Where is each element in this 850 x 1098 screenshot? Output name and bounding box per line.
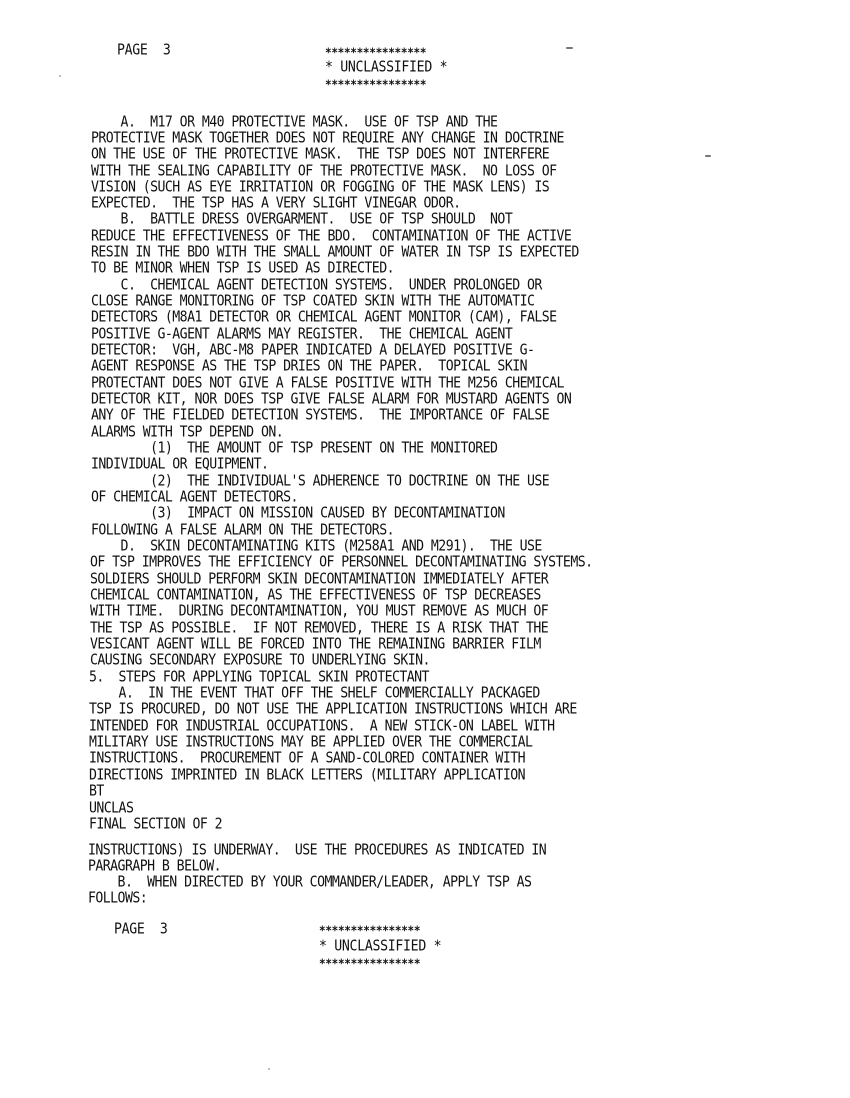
body-line: BT [89, 783, 104, 801]
body-line: DIRECTIONS IMPRINTED IN BLACK LETTERS (M… [89, 767, 525, 785]
scan-speck [59, 75, 61, 77]
header-page-number: PAGE 3 [117, 42, 170, 60]
footer-stars-bottom: **************** [319, 955, 420, 973]
body-line: INDIVIDUAL OR EQUIPMENT. [91, 456, 268, 474]
scan-speck [268, 1068, 270, 1070]
footer-classification: * UNCLASSIFIED * [319, 938, 441, 956]
footer-page-number: PAGE 3 [114, 921, 167, 939]
body-line: FINAL SECTION OF 2 [89, 816, 222, 834]
body-line: TSP IS PROCURED, DO NOT USE THE APPLICAT… [89, 701, 577, 719]
body-line: WITH TIME. DURING DECONTAMINATION, YOU M… [90, 603, 548, 621]
body-line: CAUSING SECONDARY EXPOSURE TO UNDERLYING… [90, 652, 430, 670]
body-line: AGENT RESPONSE AS THE TSP DRIES ON THE P… [91, 358, 527, 376]
body-line: INSTRUCTIONS. PROCUREMENT OF A SAND-COLO… [89, 750, 525, 768]
body-line: TO BE MINOR WHEN TSP IS USED AS DIRECTED… [91, 260, 394, 278]
header-classification: * UNCLASSIFIED * [325, 59, 447, 77]
body-line: ON THE USE OF THE PROTECTIVE MASK. THE T… [91, 146, 549, 164]
header-stars-bottom: **************** [325, 76, 426, 94]
body-line: FOLLOWS: [88, 890, 147, 908]
body-line: OF TSP IMPROVES THE EFFICIENCY OF PERSON… [90, 554, 593, 572]
scan-speck [705, 155, 711, 157]
scan-speck [566, 47, 573, 49]
body-line: B. WHEN DIRECTED BY YOUR COMMANDER/LEADE… [88, 874, 531, 892]
document-page: PAGE 3 **************** * UNCLASSIFIED *… [0, 0, 850, 1098]
body-line: DETECTORS (M8A1 DETECTOR OR CHEMICAL AGE… [91, 309, 557, 327]
body-line: B. BATTLE DRESS OVERGARMENT. USE OF TSP … [91, 211, 512, 229]
body-line: (3) IMPACT ON MISSION CAUSED BY DECONTAM… [91, 505, 505, 523]
body-line: ANY OF THE FIELDED DETECTION SYSTEMS. TH… [91, 407, 549, 425]
